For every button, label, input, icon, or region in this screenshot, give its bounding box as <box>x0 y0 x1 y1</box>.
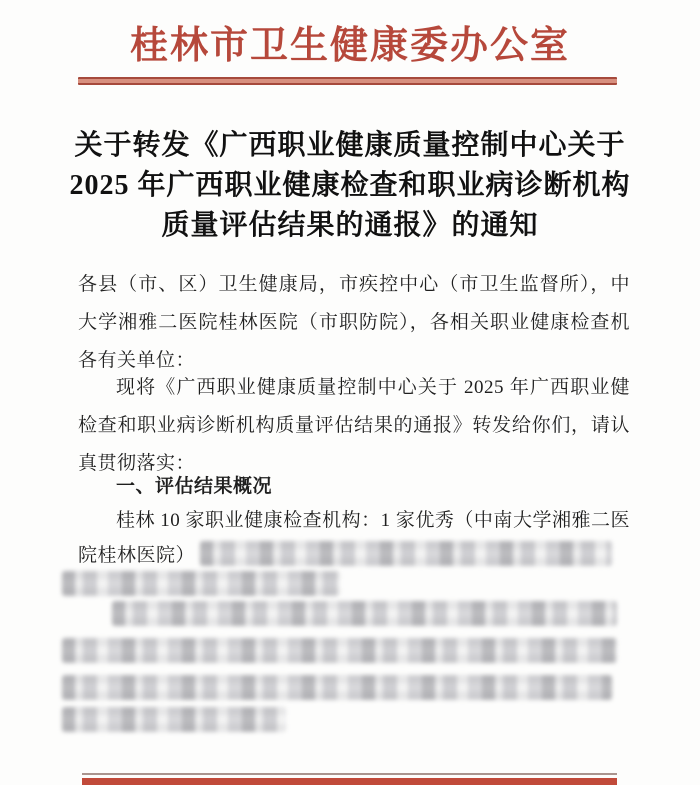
redacted-text-block <box>62 571 340 596</box>
salutation-line: 各有关单位： <box>78 348 630 374</box>
footer-thin-rule <box>82 773 617 775</box>
redacted-text-block <box>62 675 612 700</box>
section-heading: 一、评估结果概况 <box>78 474 630 500</box>
letterhead-rule <box>78 77 617 85</box>
document-title-line: 质量评估结果的通报》的通知 <box>40 206 660 246</box>
document-page: 桂林市卫生健康委办公室 关于转发《广西职业健康质量控制中心关于 2025 年广西… <box>0 0 700 785</box>
document-title: 关于转发《广西职业健康质量控制中心关于 2025 年广西职业健康检查和职业病诊断… <box>40 126 660 246</box>
redacted-text-block <box>200 541 612 566</box>
redacted-text-block <box>62 707 286 732</box>
redacted-text-block <box>62 638 617 663</box>
salutation-line: 大学湘雅二医院桂林医院（市职防院），各相关职业健康检查机构， <box>78 310 630 336</box>
forward-paragraph-line: 现将《广西职业健康质量控制中心关于 2025 年广西职业健康 <box>78 375 630 401</box>
document-title-line: 关于转发《广西职业健康质量控制中心关于 <box>40 126 660 166</box>
document-title-line: 2025 年广西职业健康检查和职业病诊断机构 <box>40 166 660 206</box>
footer-red-bar <box>82 778 617 785</box>
result-paragraph-line: 桂林 10 家职业健康检查机构：1 家优秀（中南大学湘雅二医 <box>78 508 630 534</box>
forward-paragraph-line: 检查和职业病诊断机构质量评估结果的通报》转发给你们，请认 <box>78 413 630 439</box>
letterhead-office-name: 桂林市卫生健康委办公室 <box>0 14 700 69</box>
salutation-line: 各县（市、区）卫生健康局，市疾控中心（市卫生监督所），中南 <box>78 272 630 298</box>
redacted-text-block <box>112 601 617 626</box>
